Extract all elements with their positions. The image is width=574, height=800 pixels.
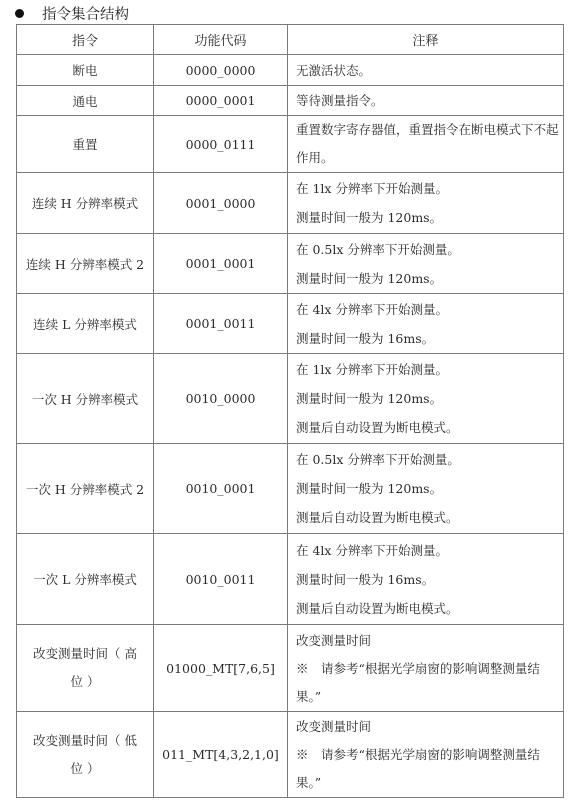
note-line: 无激活状态。 [296, 56, 559, 85]
bullet-icon [15, 9, 24, 18]
function-code: 0001_0001 [154, 234, 288, 294]
notes-cell: 重置数字寄存器值，重置指令在断电模式下不起作用。 [288, 116, 564, 173]
note-line: 测量后自动设置为断电模式。 [296, 503, 559, 532]
note-line: 改变测量时间 [296, 626, 559, 655]
function-code: 0001_0011 [154, 294, 288, 354]
notes-cell: 在 1lx 分辨率下开始测量。测量时间一般为 120ms。 [288, 173, 564, 234]
notes-cell: 等待测量指令。 [288, 86, 564, 116]
note-line: 在 1lx 分辨率下开始测量。 [296, 355, 559, 384]
note-line: 在 0.5lx 分辨率下开始测量。 [296, 235, 559, 264]
table-row: 连续 H 分辨率模式0001_0000在 1lx 分辨率下开始测量。测量时间一般… [17, 173, 564, 234]
table-row: 通电0000_0001等待测量指令。 [17, 86, 564, 116]
function-code: 0010_0001 [154, 444, 288, 534]
header-notes: 注释 [288, 25, 564, 55]
note-line: 测量时间一般为 16ms。 [296, 565, 559, 594]
notes-cell: 改变测量时间※ 请参考“根据光学扇窗的影响调整测量结果。” [288, 712, 564, 798]
note-line: 重置数字寄存器值，重置指令在断电模式下不起作用。 [296, 116, 559, 172]
note-line: 改变测量时间 [296, 712, 559, 741]
function-code: 0010_0011 [154, 534, 288, 625]
table-row: 改变测量时间（ 高位 ）01000_MT[7,6,5]改变测量时间※ 请参考“根… [17, 625, 564, 712]
command-set-table: 指令 功能代码 注释 断电0000_0000无激活状态。通电0000_0001等… [16, 24, 564, 798]
notes-cell: 在 4lx 分辨率下开始测量。测量时间一般为 16ms。测量后自动设置为断电模式… [288, 534, 564, 625]
notes-cell: 在 0.5lx 分辨率下开始测量。测量时间一般为 120ms。测量后自动设置为断… [288, 444, 564, 534]
note-line: ※ 请参考“根据光学扇窗的影响调整测量结果。” [296, 655, 559, 711]
table-row: 一次 H 分辨率模式 20010_0001在 0.5lx 分辨率下开始测量。测量… [17, 444, 564, 534]
table-row: 重置0000_0111重置数字寄存器值，重置指令在断电模式下不起作用。 [17, 116, 564, 173]
table-row: 一次 L 分辨率模式0010_0011在 4lx 分辨率下开始测量。测量时间一般… [17, 534, 564, 625]
command-name: 一次 H 分辨率模式 2 [17, 444, 154, 534]
note-line: 测量时间一般为 120ms。 [296, 384, 559, 413]
note-line: 在 0.5lx 分辨率下开始测量。 [296, 445, 559, 474]
command-name: 改变测量时间（ 高位 ） [17, 625, 154, 712]
note-line: 测量时间一般为 120ms。 [296, 264, 559, 293]
table-row: 一次 H 分辨率模式0010_0000在 1lx 分辨率下开始测量。测量时间一般… [17, 354, 564, 444]
note-line: 测量后自动设置为断电模式。 [296, 594, 559, 623]
note-line: ※ 请参考“根据光学扇窗的影响调整测量结果。” [296, 741, 559, 797]
header-command: 指令 [17, 25, 154, 55]
notes-cell: 在 0.5lx 分辨率下开始测量。测量时间一般为 120ms。 [288, 234, 564, 294]
command-name: 断电 [17, 55, 154, 86]
command-name: 连续 H 分辨率模式 [17, 173, 154, 234]
note-line: 测量后自动设置为断电模式。 [296, 413, 559, 442]
table-row: 改变测量时间（ 低位 ）011_MT[4,3,2,1,0]改变测量时间※ 请参考… [17, 712, 564, 798]
notes-cell: 在 1lx 分辨率下开始测量。测量时间一般为 120ms。测量后自动设置为断电模… [288, 354, 564, 444]
note-line: 测量时间一般为 120ms。 [296, 474, 559, 503]
table-row: 连续 L 分辨率模式0001_0011在 4lx 分辨率下开始测量。测量时间一般… [17, 294, 564, 354]
function-code: 01000_MT[7,6,5] [154, 625, 288, 712]
command-name: 通电 [17, 86, 154, 116]
function-code: 011_MT[4,3,2,1,0] [154, 712, 288, 798]
note-line: 等待测量指令。 [296, 86, 559, 115]
table-row: 断电0000_0000无激活状态。 [17, 55, 564, 86]
notes-cell: 在 4lx 分辨率下开始测量。测量时间一般为 16ms。 [288, 294, 564, 354]
command-name: 重置 [17, 116, 154, 173]
notes-cell: 无激活状态。 [288, 55, 564, 86]
command-name: 连续 L 分辨率模式 [17, 294, 154, 354]
command-name: 改变测量时间（ 低位 ） [17, 712, 154, 798]
command-name: 一次 H 分辨率模式 [17, 354, 154, 444]
command-name: 一次 L 分辨率模式 [17, 534, 154, 625]
notes-cell: 改变测量时间※ 请参考“根据光学扇窗的影响调整测量结果。” [288, 625, 564, 712]
command-name: 连续 H 分辨率模式 2 [17, 234, 154, 294]
table-header-row: 指令 功能代码 注释 [17, 25, 564, 55]
header-function-code: 功能代码 [154, 25, 288, 55]
note-line: 测量时间一般为 16ms。 [296, 324, 559, 353]
section-heading: 指令集合结构 [12, 2, 129, 24]
function-code: 0000_0001 [154, 86, 288, 116]
function-code: 0010_0000 [154, 354, 288, 444]
function-code: 0000_0111 [154, 116, 288, 173]
section-title: 指令集合结构 [42, 3, 129, 24]
function-code: 0001_0000 [154, 173, 288, 234]
function-code: 0000_0000 [154, 55, 288, 86]
table-row: 连续 H 分辨率模式 20001_0001在 0.5lx 分辨率下开始测量。测量… [17, 234, 564, 294]
note-line: 在 4lx 分辨率下开始测量。 [296, 295, 559, 324]
note-line: 测量时间一般为 120ms。 [296, 203, 559, 232]
note-line: 在 1lx 分辨率下开始测量。 [296, 174, 559, 203]
note-line: 在 4lx 分辨率下开始测量。 [296, 536, 559, 565]
